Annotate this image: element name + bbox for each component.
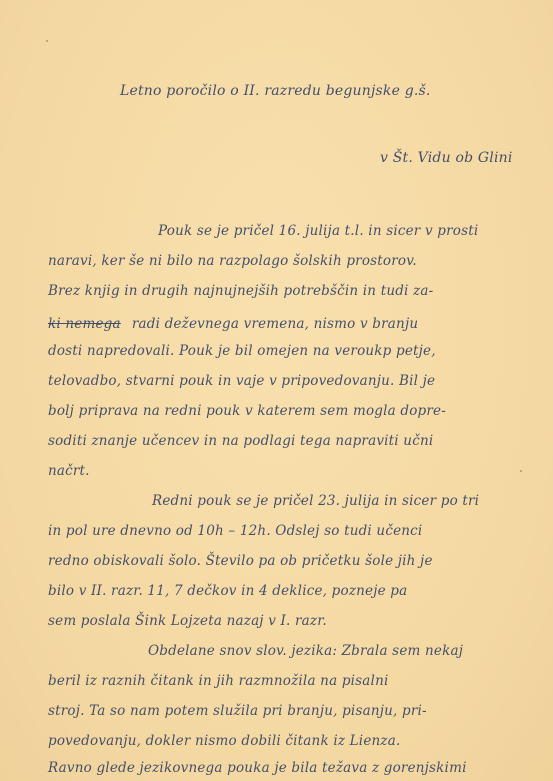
paragraph-2-line-5: sem poslala Šink Lojzeta nazaj v I. razr…	[48, 613, 327, 629]
paragraph-3-line-2: beril iz raznih čitank in jih razmnožila…	[48, 673, 388, 689]
paragraph-2-line-4: bilo v II. razr. 11, 7 dečkov in 4 dekli…	[48, 583, 407, 599]
paragraph-1-line-2: naravi, ker še ni bilo na razpolago šols…	[48, 253, 417, 269]
paragraph-1-line-6: telovadbo, stvarni pouk in vaje v pripov…	[48, 373, 435, 389]
paragraph-1-line-5: dosti napredovali. Pouk je bil omejen na…	[48, 343, 436, 359]
handwritten-letter-page: Letno poročilo o II. razredu begunjske g…	[0, 0, 553, 781]
paragraph-3-line-1: Obdelane snov slov. jezika: Zbrala sem n…	[148, 643, 463, 659]
paragraph-2-line-2: in pol ure dnevno od 10h – 12h. Odslej s…	[48, 523, 422, 539]
paragraph-2-line-1: Redni pouk se je pričel 23. julija in si…	[152, 493, 479, 509]
paragraph-1-line-3: Brez knjig in drugih najnujnejših potreb…	[48, 283, 433, 299]
paragraph-1-line-7: bolj priprava na redni pouk v katerem se…	[48, 403, 446, 419]
paragraph-1-line-9: načrt.	[48, 463, 90, 479]
paper-speck	[46, 40, 48, 42]
paragraph-1-line-4: ki nemega radi deževnega vremena, nismo …	[48, 313, 418, 332]
paragraph-1-line-1: Pouk se je pričel 16. julija t.l. in sic…	[158, 223, 478, 239]
paragraph-2-line-3: redno obiskovali šolo. Število pa ob pri…	[48, 553, 433, 569]
paragraph-3-line-4: povedovanju, dokler nismo dobili čitank …	[48, 733, 400, 749]
paragraph-3-line-5: Ravno glede jezikovnega pouka je bila te…	[48, 760, 467, 776]
paragraph-3-line-3: stroj. Ta so nam potem služila pri branj…	[48, 703, 427, 719]
paper-speck	[300, 500, 302, 502]
struck-word: ki nemega	[48, 316, 121, 332]
document-title: Letno poročilo o II. razredu begunjske g…	[120, 83, 431, 99]
paragraph-1-line-8: soditi znanje učencev in na podlagi tega…	[48, 433, 433, 449]
document-place: v Št. Vidu ob Glini	[380, 150, 513, 166]
paper-speck	[520, 470, 522, 472]
